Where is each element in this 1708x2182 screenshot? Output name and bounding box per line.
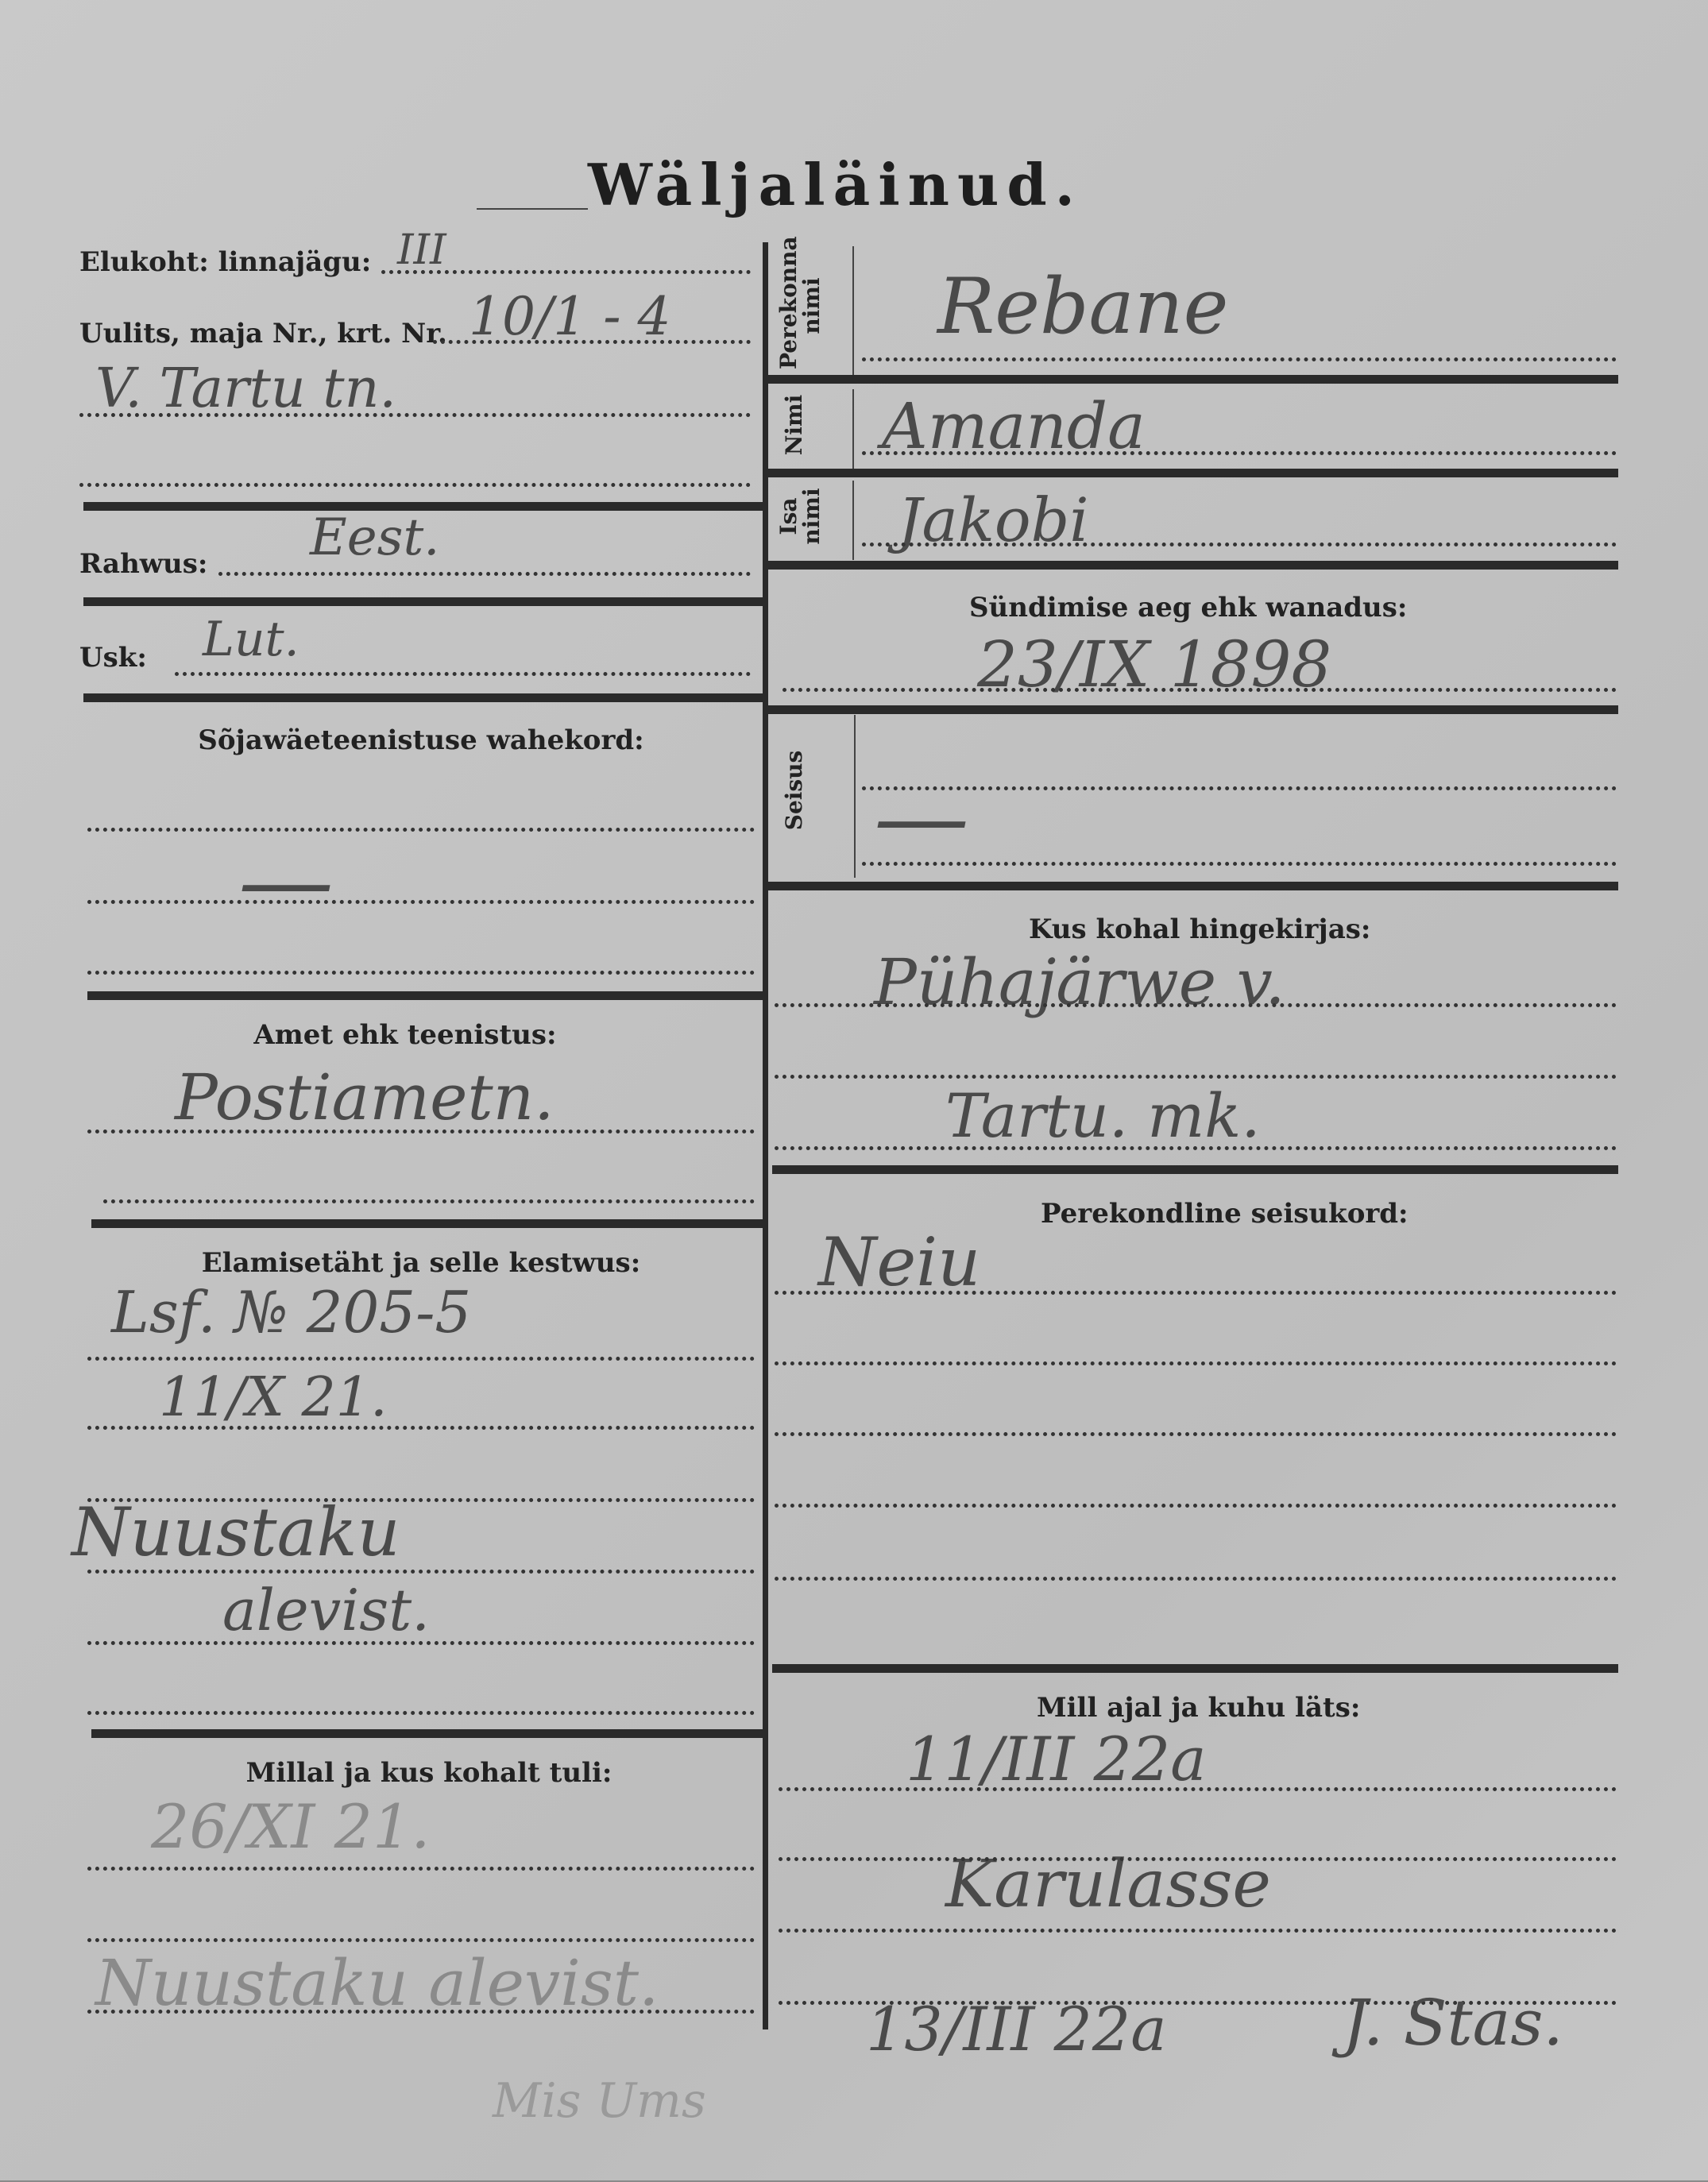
value-registered-parish: Pühajärwe v. — [874, 945, 1285, 1019]
value-family-status: Neiu — [818, 1223, 980, 1301]
section-divider — [87, 991, 763, 1000]
label-nationality: Rahwus: — [79, 548, 207, 580]
value-religion: Lut. — [203, 612, 299, 667]
value-surname: Rebane — [937, 262, 1228, 351]
section-divider — [772, 1165, 1618, 1174]
field-line — [783, 688, 1617, 692]
label-residence-permit: Elamisetäht ja selle kestwus: — [202, 1247, 640, 1279]
field-line — [862, 862, 1617, 866]
value-registered-county: Tartu. mk. — [945, 1080, 1261, 1151]
field-line — [775, 1003, 1617, 1007]
section-divider — [768, 375, 1618, 384]
section-divider — [768, 469, 1618, 477]
label-registered: Kus kohal hingekirjas: — [1029, 913, 1370, 945]
field-line — [87, 1570, 755, 1574]
field-line — [87, 828, 755, 832]
label-separator — [852, 389, 854, 469]
field-line — [862, 357, 1617, 361]
field-line — [775, 1504, 1617, 1508]
value-street-number: 10/1 - 4 — [469, 286, 670, 347]
field-line — [103, 1199, 755, 1203]
value-permit-place2: alevist. — [222, 1577, 430, 1643]
form-paper: Wäljaläinud. Elukoht: linnajägu: III Uul… — [0, 0, 1708, 2182]
field-line — [87, 1711, 755, 1715]
label-father-name: Isa nimi — [777, 481, 824, 552]
field-line — [775, 1146, 1617, 1150]
column-divider — [763, 242, 768, 2029]
label-separator — [852, 481, 854, 560]
field-line — [87, 1130, 755, 1133]
field-line — [87, 1426, 755, 1430]
field-line — [775, 1291, 1617, 1295]
label-separator — [852, 246, 854, 377]
field-line — [779, 1857, 1617, 1861]
title-underline — [477, 208, 588, 210]
field-line — [79, 483, 751, 487]
field-line — [779, 1929, 1617, 1933]
field-line — [779, 1787, 1617, 1791]
field-line — [87, 2010, 755, 2014]
field-line — [87, 1641, 755, 1645]
section-divider — [83, 693, 763, 702]
label-street: Uulits, maja Nr., krt. Nr. — [79, 318, 447, 350]
field-line — [862, 451, 1617, 455]
field-line — [87, 900, 755, 904]
label-district: Elukoht: linnajägu: — [79, 246, 371, 278]
field-line — [87, 1357, 755, 1361]
field-line — [79, 413, 751, 417]
section-divider — [91, 1729, 763, 1738]
label-religion: Usk: — [79, 642, 147, 674]
value-district: III — [397, 226, 446, 274]
field-line — [775, 1075, 1617, 1079]
label-first-name: Nimi — [783, 389, 806, 461]
value-nationality: Eest. — [310, 508, 440, 567]
field-line — [87, 971, 755, 975]
value-occupation: Postiametn. — [175, 1060, 555, 1134]
section-divider — [83, 597, 763, 606]
label-separator — [854, 715, 856, 878]
field-line — [862, 543, 1617, 546]
value-arrival-date: 26/XI 21. — [151, 1791, 430, 1862]
footer-pencil-note: Mis Ums — [493, 2073, 706, 2129]
label-family-status: Perekondline seisukord: — [1041, 1198, 1409, 1230]
value-permit-number: Lsf. № 205-5 — [111, 1279, 471, 1346]
field-line — [775, 1432, 1617, 1436]
field-line — [218, 572, 751, 576]
label-arrival: Millal ja kus kohalt tuli: — [246, 1757, 612, 1789]
field-line — [175, 672, 751, 676]
label-surname: Perekonna nimi — [777, 242, 824, 369]
field-line — [87, 1938, 755, 1942]
value-military: — — [238, 826, 334, 937]
field-line — [862, 786, 1617, 790]
value-signature-date: 13/III 22a — [866, 1994, 1167, 2064]
section-divider — [91, 1219, 763, 1228]
field-line — [775, 1577, 1617, 1581]
value-status: — — [874, 763, 969, 873]
field-line — [775, 1361, 1617, 1365]
label-departure: Mill ajal ja kuhu läts: — [1037, 1692, 1360, 1724]
label-occupation: Amet ehk teenistus: — [253, 1019, 556, 1051]
value-departure-date: 11/III 22a — [906, 1724, 1207, 1794]
section-divider — [768, 561, 1618, 570]
label-status: Seisus — [783, 743, 806, 838]
signature: J. Stas. — [1343, 1986, 1563, 2060]
value-permit-place: Nuustaku — [71, 1493, 400, 1571]
label-military: Sõjawäeteenistuse wahekord: — [198, 724, 643, 756]
section-divider — [768, 882, 1618, 890]
value-permit-date: 11/X 21. — [159, 1366, 388, 1429]
field-line — [87, 1867, 755, 1871]
form-title: Wäljaläinud. — [588, 151, 1083, 218]
section-divider — [768, 705, 1618, 714]
label-birth: Sündimise aeg ehk wanadus: — [969, 592, 1407, 624]
value-street: V. Tartu tn. — [95, 357, 396, 420]
section-divider — [772, 1664, 1618, 1673]
